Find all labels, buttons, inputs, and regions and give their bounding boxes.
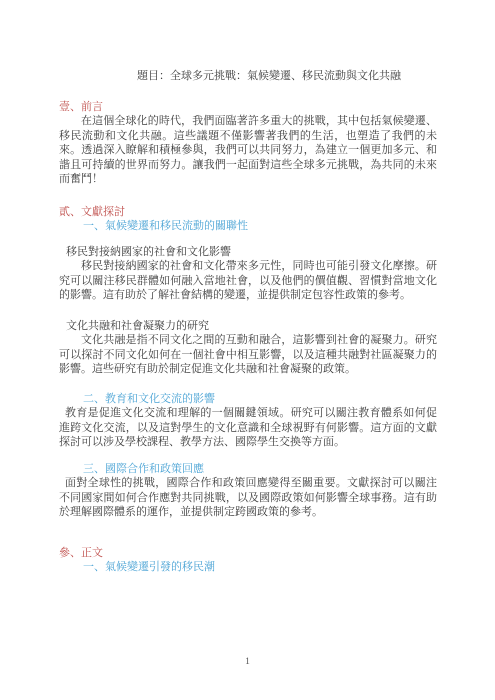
intro-paragraph: 在這個全球化的時代，我們面臨著許多重大的挑戰，其中包括氣候變遷、移民流動和文化共… — [59, 114, 437, 187]
section-heading-main-body: 參、正文 — [59, 546, 437, 561]
document-page: 題目：全球多元挑戰：氣候變遷、移民流動與文化共融 壹、前言 在這個全球化的時代，… — [0, 0, 495, 700]
subsection-heading-education-exchange: 二、教育和文化交流的影響 — [59, 392, 437, 407]
document-content: 題目：全球多元挑戰：氣候變遷、移民流動與文化共融 壹、前言 在這個全球化的時代，… — [0, 0, 495, 575]
topic-paragraph-migration-impact: 移民對接納國家的社會和文化帶來多元性，同時也可能引發文化摩擦。研究可以關注移民群… — [59, 259, 437, 303]
paragraph-education-exchange: 教育是促進文化交流和理解的一個關鍵領域。研究可以關注教育體系如何促進跨文化交流，… — [59, 406, 437, 450]
topic-title-cultural-cohesion: 文化共融和社會凝聚力的研究 — [59, 319, 437, 334]
topic-title-migration-impact: 移民對接納國家的社會和文化影響 — [59, 245, 437, 260]
section-heading-literature-review: 貳、文獻探討 — [59, 205, 437, 220]
topic-paragraph-cultural-cohesion: 文化共融是指不同文化之間的互動和融合，這影響到社會的凝聚力。研究可以探討不同文化… — [59, 333, 437, 377]
section-heading-intro: 壹、前言 — [59, 100, 437, 115]
subsection-heading-climate-migration: 一、氣候變遷和移民流動的關聯性 — [59, 219, 437, 234]
document-title: 題目：全球多元挑戰：氣候變遷、移民流動與文化共融 — [80, 69, 458, 84]
page-number: 1 — [0, 656, 495, 668]
subsection-heading-international-cooperation: 三、國際合作和政策回應 — [59, 462, 437, 477]
subsection-heading-climate-migration-wave: 一、氣候變遷引發的移民潮 — [59, 560, 437, 575]
paragraph-international-cooperation: 面對全球性的挑戰，國際合作和政策回應變得至關重要。文獻探討可以關注不同國家間如何… — [59, 476, 437, 520]
